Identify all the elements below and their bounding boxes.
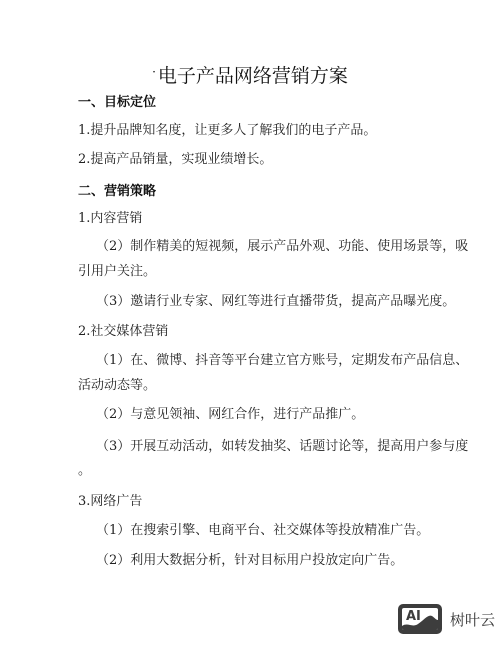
subsection-title: 2.社交媒体营销: [78, 324, 168, 340]
strategy-item: （1）在、微博、抖音等平台建立官方账号，定期发布产品信息、: [96, 353, 468, 369]
goal-item: 1.提升品牌知名度，让更多人了解我们的电子产品。: [78, 123, 376, 139]
document-title: ·电子产品网络营销方案: [0, 60, 500, 88]
strategy-item-cont: 活动动态等。: [78, 378, 156, 394]
watermark: AI 树叶云: [398, 604, 495, 634]
strategy-item: （2）制作精美的短视频，展示产品外观、功能、使用场景等，吸: [96, 239, 468, 255]
ai-landscape-icon: AI: [398, 604, 442, 634]
strategy-item: （1）在搜索引擎、电商平台、社交媒体等投放精准广告。: [96, 523, 429, 539]
strategy-item: （2）与意见领袖、网红合作，进行产品推广。: [96, 407, 364, 423]
section-heading-strategy: 二、营销策略: [78, 184, 156, 200]
strategy-item: （3）开展互动活动，如转发抽奖、话题讨论等，提高用户参与度: [96, 439, 468, 455]
section-heading-goals: 一、目标定位: [78, 95, 156, 111]
strategy-item-cont: 引用户关注。: [78, 264, 156, 280]
subsection-title: 1.内容营销: [78, 211, 142, 227]
subsection-title: 3.网络广告: [78, 494, 142, 510]
title-text: 电子产品网络营销方案: [158, 65, 348, 87]
title-bullet: ·: [152, 65, 156, 79]
mountain-icon: [402, 608, 438, 630]
watermark-brand: 树叶云: [450, 609, 495, 630]
goal-item: 2.提高产品销量，实现业绩增长。: [78, 152, 272, 168]
strategy-item-cont: 。: [78, 463, 91, 479]
strategy-item: （2）利用大数据分析，针对目标用户投放定向广告。: [96, 553, 403, 569]
strategy-item: （3）邀请行业专家、网红等进行直播带货，提高产品曝光度。: [96, 294, 455, 310]
